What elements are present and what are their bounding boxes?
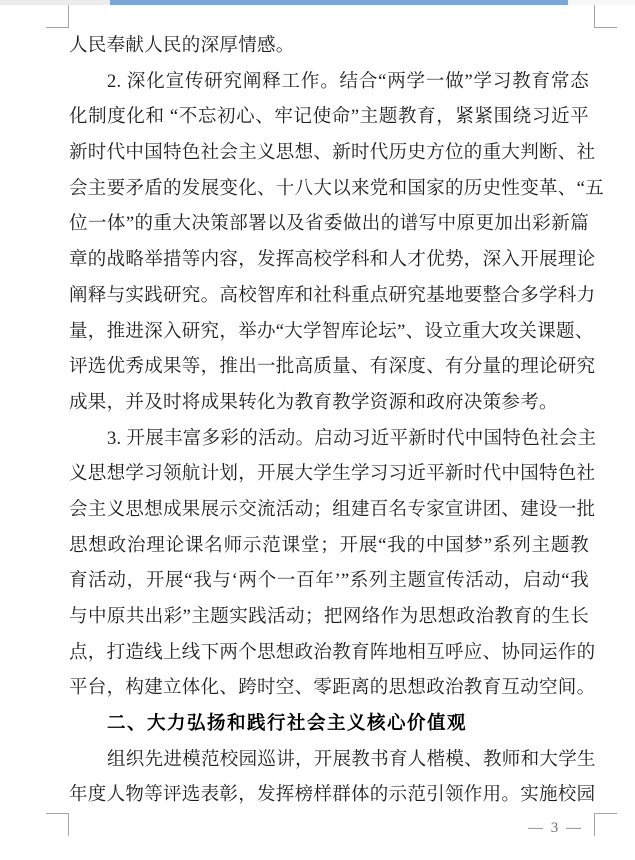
text-line: 章的战略举措等内容，发挥高校学科和人才优势，深入开展理论 [69, 243, 589, 279]
text-line: 义思想学习领航计划，开展大学生学习习近平新时代中国特色社 [69, 457, 589, 493]
text-line: 组织先进模范校园巡讲，开展教书育人楷模、教师和大学生 [69, 743, 589, 779]
text-line: 人民奉献人民的深厚情感。 [69, 29, 589, 65]
document-page: 人民奉献人民的深厚情感。2. 深化宣传研究阐释工作。结合“两学一做”学习教育常态… [0, 0, 635, 860]
crop-mark-top-left [46, 5, 69, 28]
text-line: 新时代中国特色社会主义思想、新时代历史方位的重大判断、社 [69, 136, 589, 172]
crop-mark-top-right [594, 5, 617, 28]
text-line: 2. 深化宣传研究阐释工作。结合“两学一做”学习教育常态 [69, 65, 589, 101]
text-line: 评选优秀成果等，推出一批高质量、有深度、有分量的理论研究 [69, 350, 589, 386]
text-line: 会主义思想成果展示交流活动；组建百名专家宣讲团、建设一批 [69, 493, 589, 529]
top-edge-strip-accent [110, 0, 568, 5]
text-line: 与中原共出彩”主题实践活动；把网络作为思想政治教育的生长 [69, 600, 589, 636]
text-line: 思想政治理论课名师示范课堂；开展“我的中国梦”系列主题教 [69, 529, 589, 565]
document-text: 人民奉献人民的深厚情感。2. 深化宣传研究阐释工作。结合“两学一做”学习教育常态… [69, 29, 589, 814]
text-line: 平台，构建立体化、跨时空、零距离的思想政治教育互动空间。 [69, 671, 589, 707]
text-line: 化制度化和 “不忘初心、牢记使命”主题教育，紧紧围绕习近平 [69, 100, 589, 136]
text-line: 3. 开展丰富多彩的活动。启动习近平新时代中国特色社会主 [69, 422, 589, 458]
text-line: 量，推进深入研究，举办“大学智库论坛”、设立重大攻关课题、 [69, 315, 589, 351]
section-heading: 二、大力弘扬和践行社会主义核心价值观 [69, 707, 589, 743]
text-line: 位一体”的重大决策部署以及省委做出的谱写中原更加出彩新篇 [69, 207, 589, 243]
page-number: — 3 — [528, 820, 608, 837]
text-line: 会主要矛盾的发展变化、十八大以来党和国家的历史性变革、“五 [69, 172, 589, 208]
top-edge-strip [0, 0, 635, 5]
text-line: 育活动，开展“我与‘两个一百年’”系列主题宣传活动，启动“我 [69, 564, 589, 600]
text-line: 年度人物等评选表彰，发挥榜样群体的示范引领作用。实施校园 [69, 778, 589, 814]
text-line: 点，打造线上线下两个思想政治教育阵地相互呼应、协同运作的 [69, 636, 589, 672]
text-line: 成果，并及时将成果转化为教育教学资源和政府决策参考。 [69, 386, 589, 422]
crop-mark-bottom-left [46, 813, 69, 836]
text-line: 阐释与实践研究。高校智库和社科重点研究基地要整合多学科力 [69, 279, 589, 315]
